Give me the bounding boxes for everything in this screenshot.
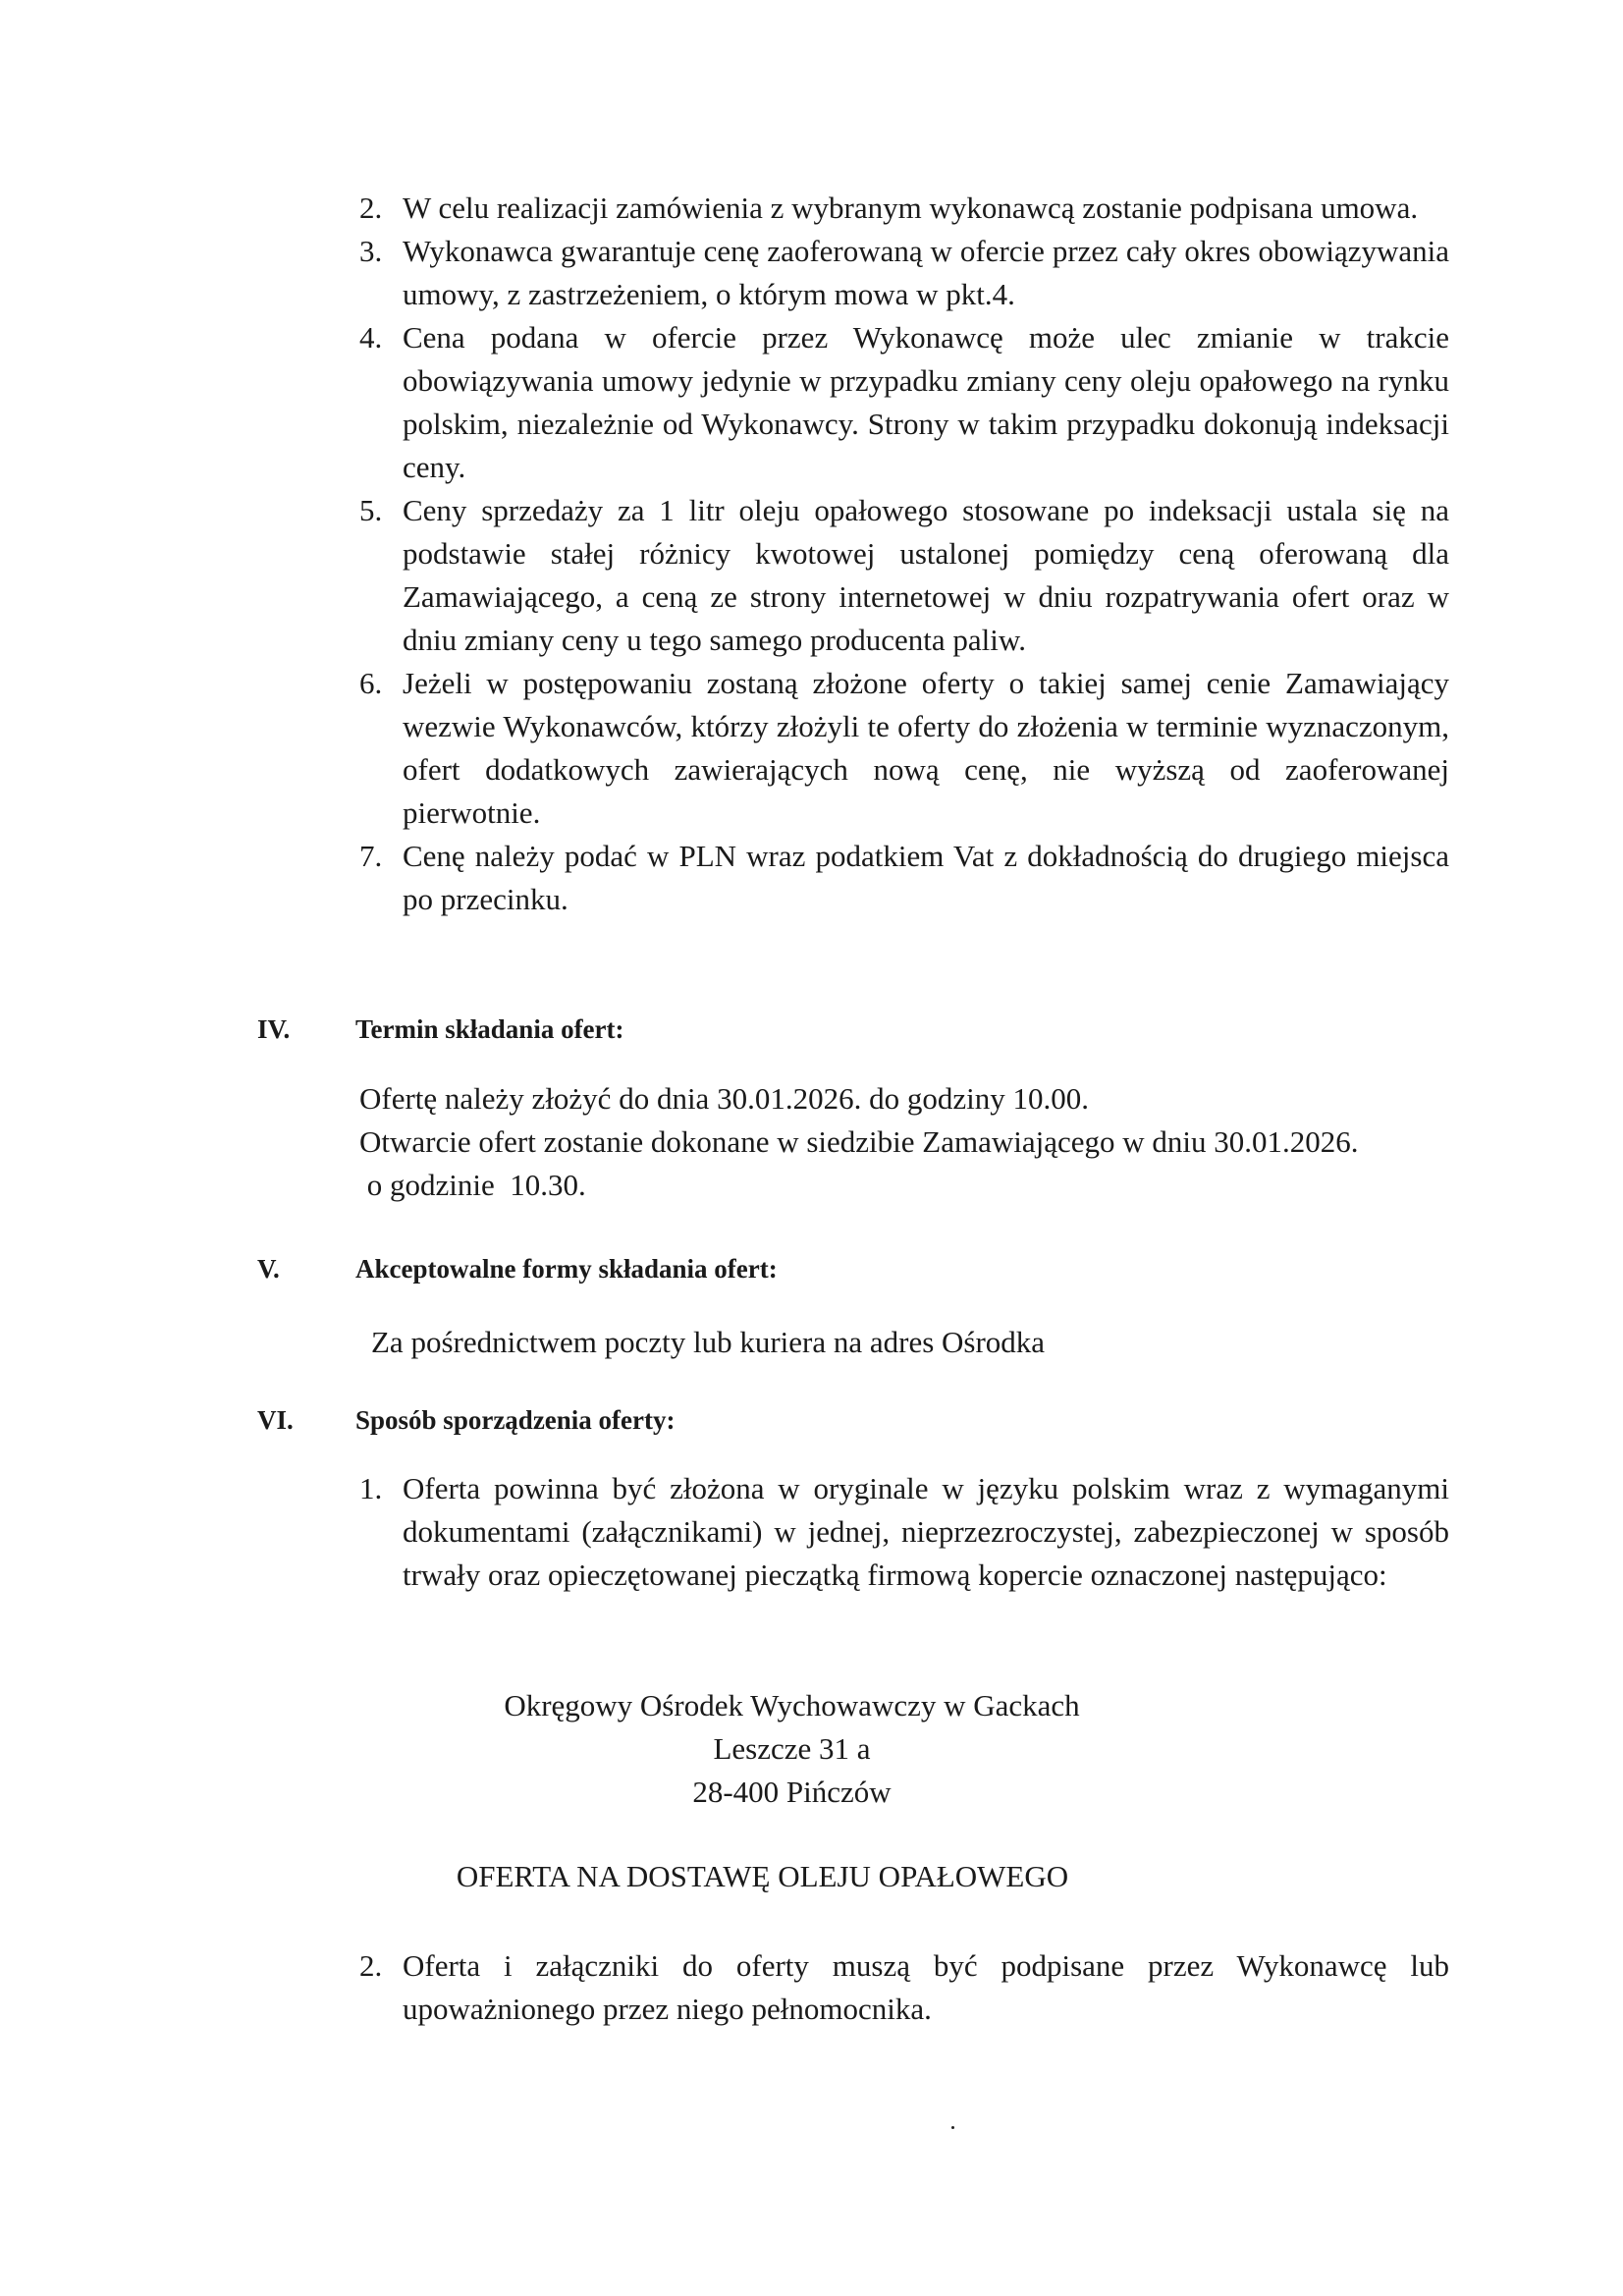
offer-preparation-list-cont: 2. Oferta i załączniki do oferty muszą b… bbox=[359, 1944, 1449, 2031]
section-title: Sposób sporządzenia oferty: bbox=[355, 1402, 676, 1438]
submission-form-text: Za pośrednictwem poczty lub kuriera na a… bbox=[371, 1321, 1045, 1364]
item-text: Jeżeli w postępowaniu zostaną złożone of… bbox=[403, 662, 1449, 835]
list-item: 7. Cenę należy podać w PLN wraz podatkie… bbox=[359, 835, 1449, 921]
item-number: 4. bbox=[359, 316, 382, 359]
list-item: 5. Ceny sprzedaży za 1 litr oleju opałow… bbox=[359, 489, 1449, 662]
opening-text: Otwarcie ofert zostanie dokonane w siedz… bbox=[359, 1121, 1359, 1164]
document-page: 2. W celu realizacji zamówienia z wybran… bbox=[0, 0, 1623, 2296]
section-title: Termin składania ofert: bbox=[355, 1011, 624, 1047]
item-text: Cenę należy podać w PLN wraz podatkiem V… bbox=[403, 835, 1449, 921]
conditions-list: 2. W celu realizacji zamówienia z wybran… bbox=[359, 187, 1449, 921]
list-item: 4. Cena podana w ofercie przez Wykonawcę… bbox=[359, 316, 1449, 489]
item-text: Oferta powinna być złożona w oryginale w… bbox=[403, 1467, 1449, 1597]
address-line-1: Okręgowy Ośrodek Wychowawczy w Gackach bbox=[0, 1684, 1603, 1727]
list-item: 2. Oferta i załączniki do oferty muszą b… bbox=[359, 1944, 1449, 2031]
scan-speck bbox=[951, 2126, 954, 2129]
item-text: Cena podana w ofercie przez Wykonawcę mo… bbox=[403, 316, 1449, 489]
envelope-label: OFERTA NA DOSTAWĘ OLEJU OPAŁOWEGO bbox=[0, 1855, 1574, 1898]
list-item: 6. Jeżeli w postępowaniu zostaną złożone… bbox=[359, 662, 1449, 835]
section-number: VI. bbox=[257, 1402, 294, 1438]
item-number: 2. bbox=[359, 187, 382, 230]
deadline-text: Ofertę należy złożyć do dnia 30.01.2026.… bbox=[359, 1077, 1089, 1121]
list-item: 3. Wykonawca gwarantuje cenę zaoferowaną… bbox=[359, 230, 1449, 316]
item-text: Ceny sprzedaży za 1 litr oleju opałowego… bbox=[403, 489, 1449, 662]
item-text: Wykonawca gwarantuje cenę zaoferowaną w … bbox=[403, 230, 1449, 316]
section-number: IV. bbox=[257, 1011, 290, 1047]
list-item: 2. W celu realizacji zamówienia z wybran… bbox=[359, 187, 1449, 230]
item-number: 1. bbox=[359, 1467, 382, 1510]
item-number: 6. bbox=[359, 662, 382, 705]
offer-preparation-list: 1. Oferta powinna być złożona w oryginal… bbox=[359, 1467, 1449, 1597]
address-line-2: Leszcze 31 a bbox=[0, 1727, 1603, 1771]
item-text: Oferta i załączniki do oferty muszą być … bbox=[403, 1944, 1449, 2031]
item-text: W celu realizacji zamówienia z wybranym … bbox=[403, 187, 1449, 230]
list-item: 1. Oferta powinna być złożona w oryginal… bbox=[359, 1467, 1449, 1597]
section-title: Akceptowalne formy składania ofert: bbox=[355, 1251, 778, 1286]
item-number: 3. bbox=[359, 230, 382, 273]
item-number: 2. bbox=[359, 1944, 382, 1988]
item-number: 5. bbox=[359, 489, 382, 532]
opening-time-text: o godzinie 10.30. bbox=[359, 1164, 586, 1207]
address-line-3: 28-400 Pińczów bbox=[0, 1771, 1603, 1814]
section-number: V. bbox=[257, 1251, 280, 1286]
item-number: 7. bbox=[359, 835, 382, 878]
